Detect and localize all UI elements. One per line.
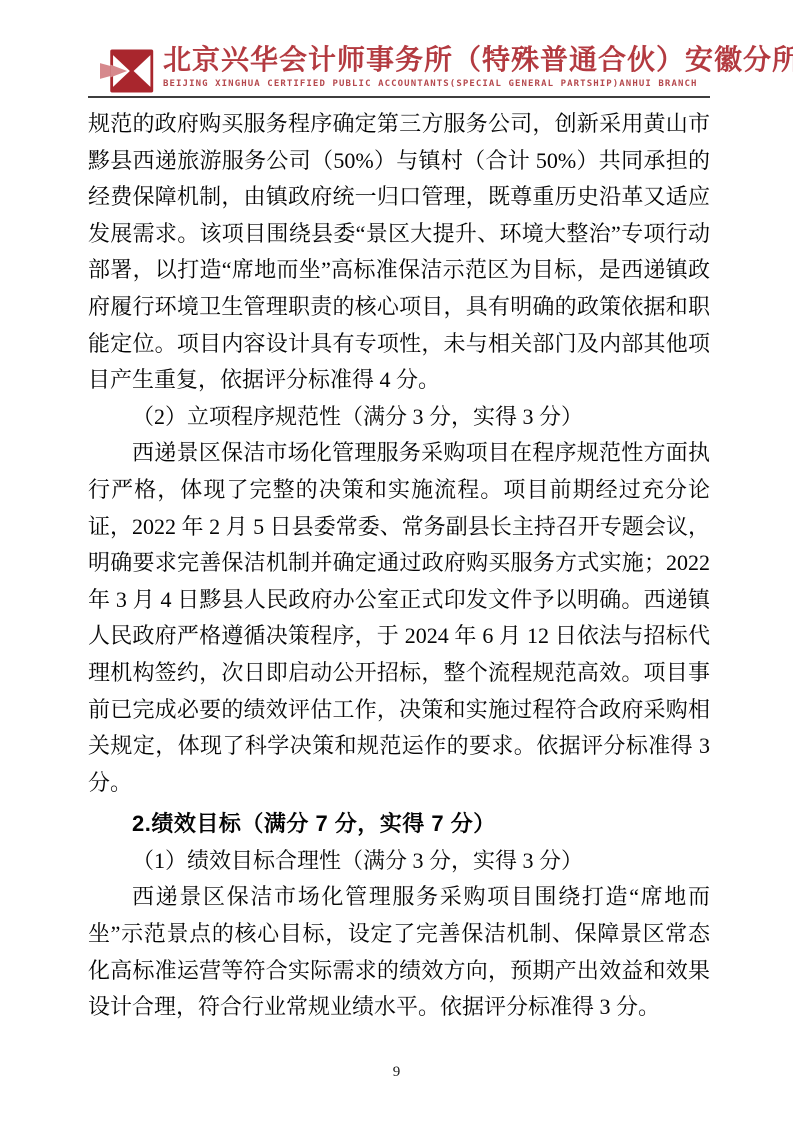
page-footer: 9 [0, 1062, 793, 1122]
firm-name-english: BEIJING XINGHUA CERTIFIED PUBLIC ACCOUNT… [163, 79, 793, 89]
document-body: 规范的政府购买服务程序确定第三方服务公司，创新采用黄山市黟县西递旅游服务公司（5… [88, 106, 710, 1026]
xinghua-logo-icon [100, 45, 156, 97]
letterhead-text: 北京兴华会计师事务所（特殊普通合伙）安徽分所 BEIJING XINGHUA C… [163, 44, 793, 89]
firm-name-chinese: 北京兴华会计师事务所（特殊普通合伙）安徽分所 [163, 44, 793, 76]
page-number: 9 [0, 1064, 793, 1081]
section-heading: 2.绩效目标（满分 7 分，实得 7 分） [88, 806, 710, 843]
document-page: 北京兴华会计师事务所（特殊普通合伙）安徽分所 BEIJING XINGHUA C… [0, 0, 793, 1122]
paragraph: 规范的政府购买服务程序确定第三方服务公司，创新采用黄山市黟县西递旅游服务公司（5… [88, 106, 710, 399]
paragraph: （2）立项程序规范性（满分 3 分，实得 3 分） [88, 399, 710, 436]
paragraph: 西递景区保洁市场化管理服务采购项目在程序规范性方面执行严格，体现了完整的决策和实… [88, 435, 710, 801]
header-divider [88, 96, 710, 98]
letterhead: 北京兴华会计师事务所（特殊普通合伙）安徽分所 BEIJING XINGHUA C… [100, 44, 713, 97]
paragraph: 西递景区保洁市场化管理服务采购项目围绕打造“席地而坐”示范景点的核心目标，设定了… [88, 879, 710, 1025]
paragraph: （1）绩效目标合理性（满分 3 分，实得 3 分） [88, 843, 710, 880]
